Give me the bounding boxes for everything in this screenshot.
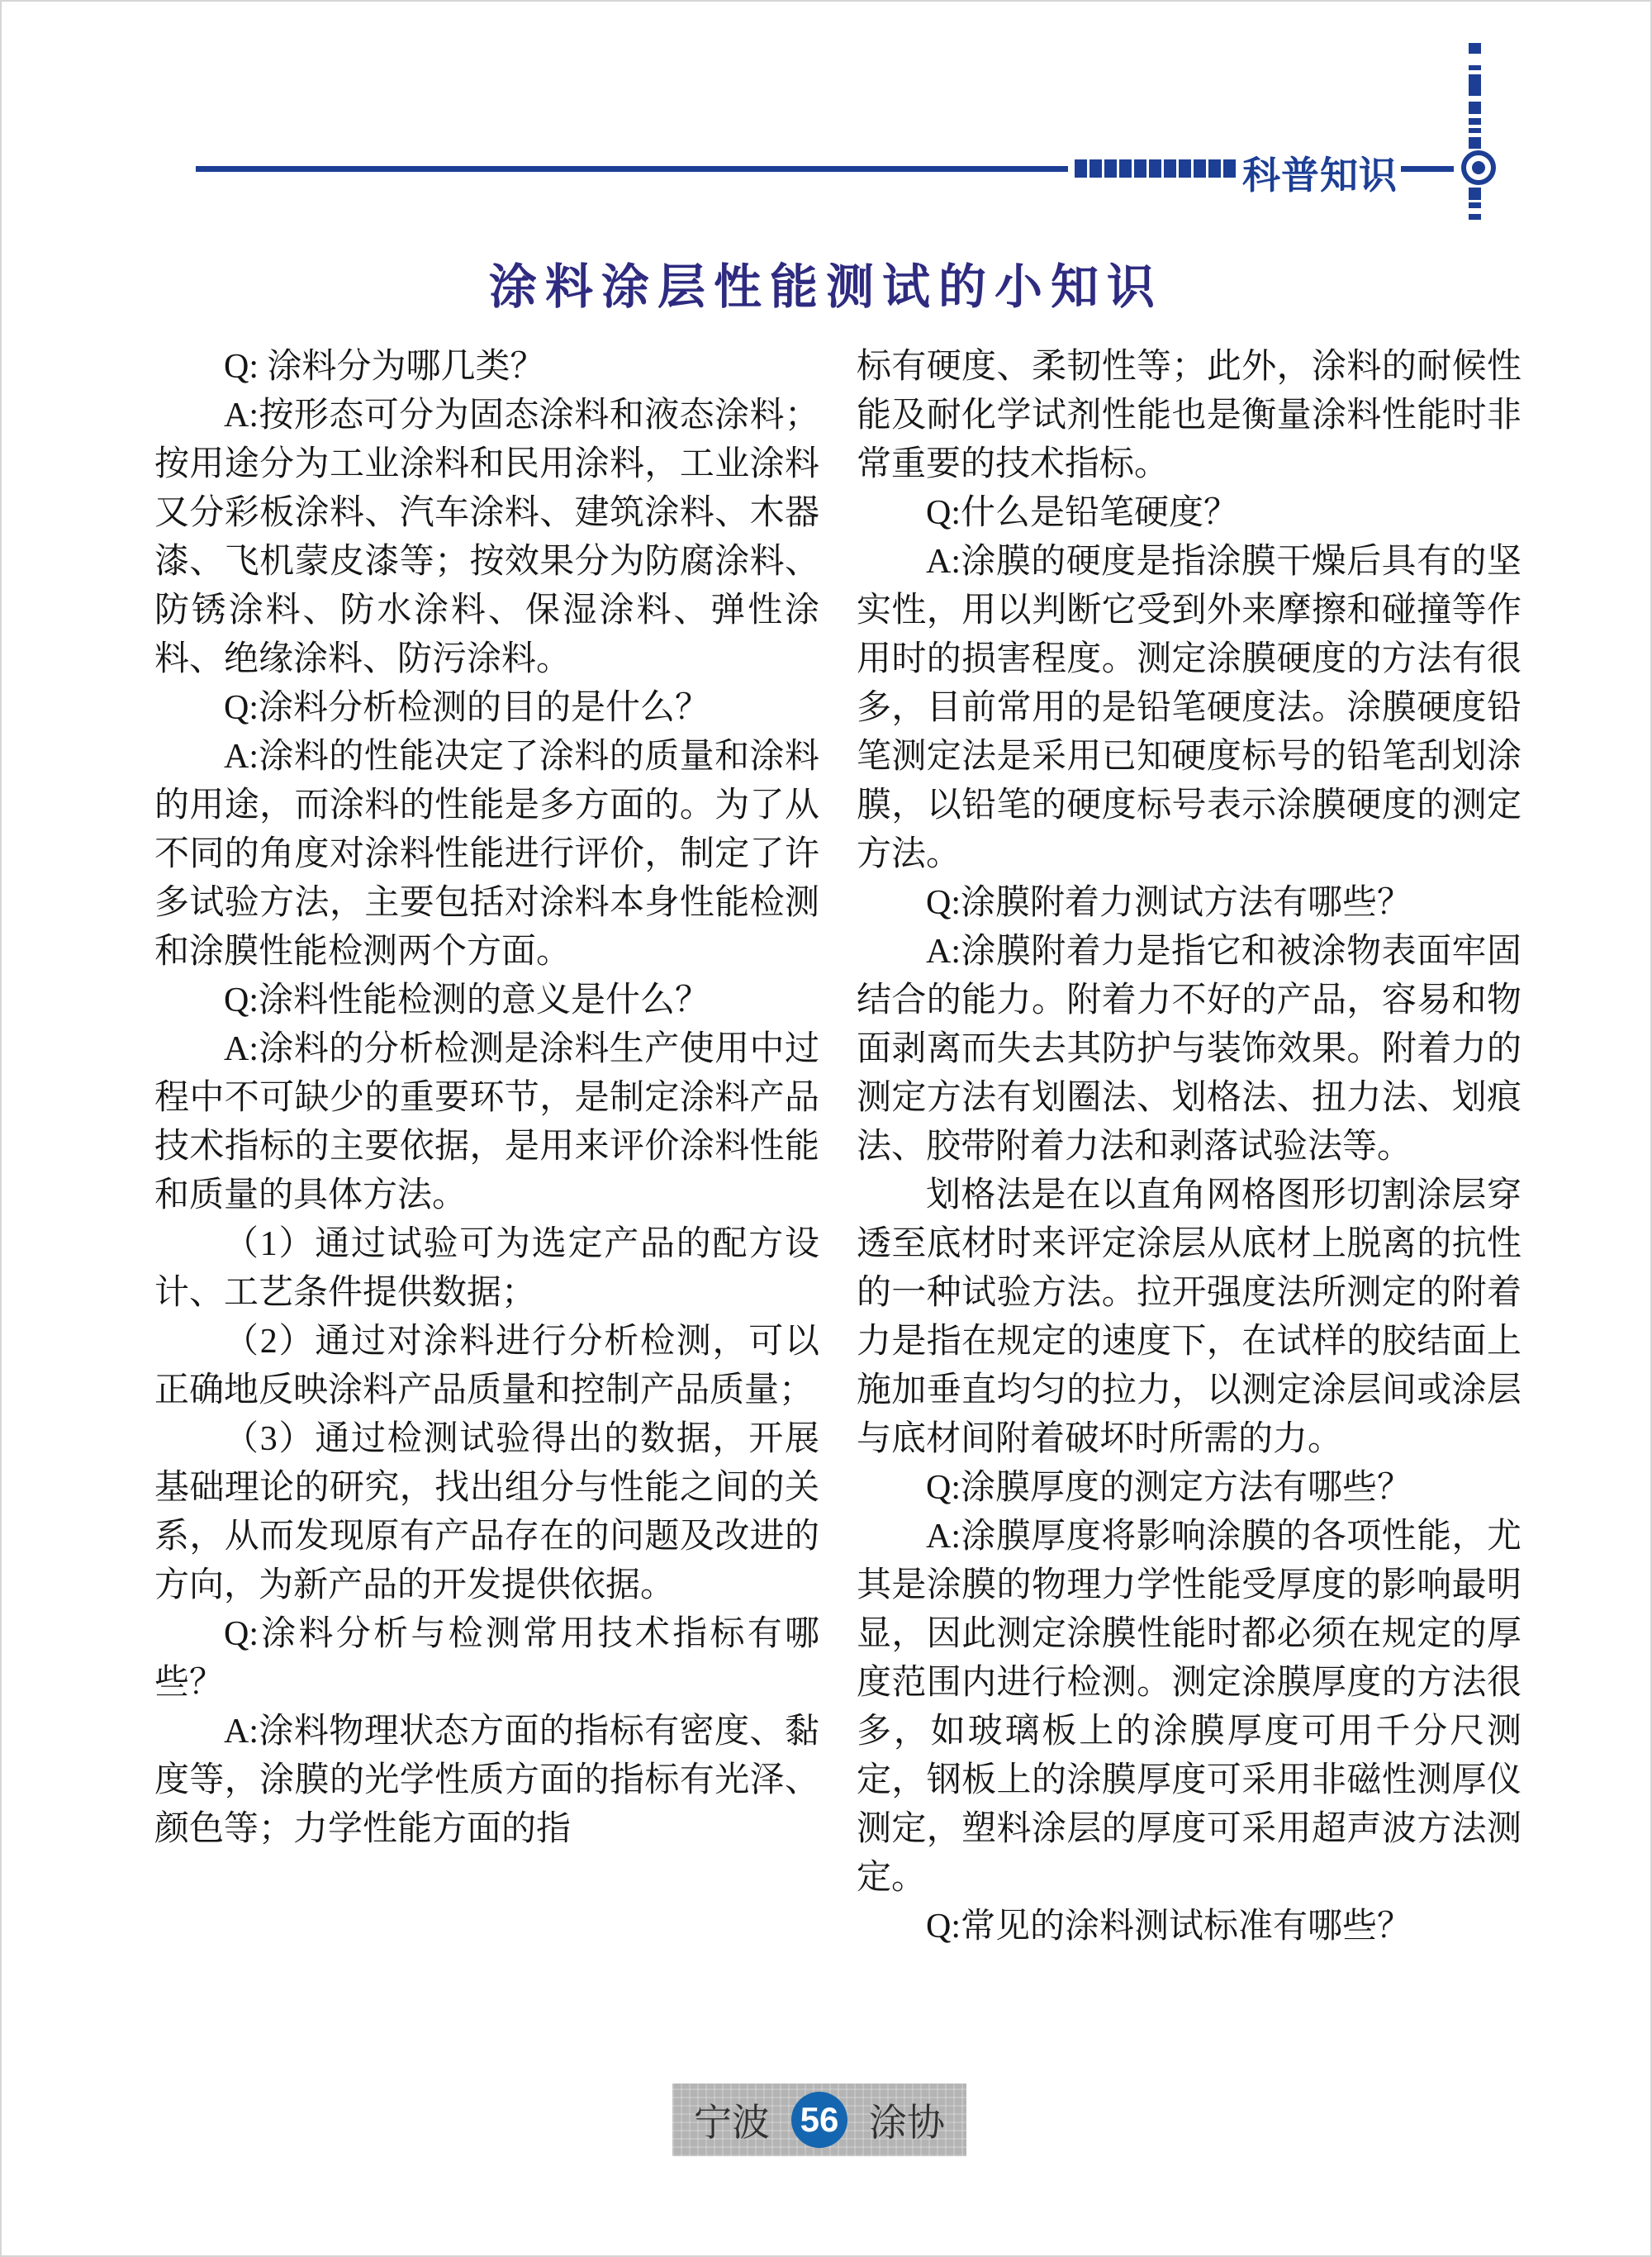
paragraph: Q: 涂料分为哪几类？: [154, 343, 819, 392]
dash-icon: [1089, 159, 1102, 178]
dash-icon: [1194, 159, 1206, 178]
dash-icon: [1104, 159, 1117, 178]
paragraph: A:涂料的分析检测是涂料生产使用中过程中不可缺少的重要环节，是制定涂料产品技术指…: [154, 1025, 819, 1220]
paragraph: Q:涂膜附着力测试方法有哪些？: [857, 879, 1521, 928]
dash-icon: [1208, 159, 1221, 178]
header-rule-right: [1401, 166, 1454, 172]
article: Q: 涂料分为哪几类？ A:按形态可分为固态涂料和液态涂料；按用途分为工业涂料和…: [154, 343, 1521, 1951]
dash-icon: [1075, 159, 1087, 178]
paragraph: Q:涂料分析检测的目的是什么？: [154, 684, 819, 733]
bullseye-icon: [1461, 150, 1496, 185]
paragraph: 划格法是在以直角网格图形切割涂层穿透至底材时来评定涂层从底材上脱离的抗性的一种试…: [857, 1171, 1521, 1464]
dash-icon: [1469, 214, 1481, 220]
paragraph: Q:什么是铅笔硬度？: [857, 489, 1521, 538]
dash-icon: [1469, 202, 1481, 208]
paragraph: Q:涂膜厚度的测定方法有哪些？: [857, 1464, 1521, 1513]
paragraph: A:涂膜附着力是指它和被涂物表面牢固结合的能力。附着力不好的产品，容易和物面剥离…: [857, 928, 1521, 1171]
dash-icon: [1469, 118, 1481, 125]
paragraph: A:涂膜的硬度是指涂膜干燥后具有的坚实性，用以判断它受到外来摩擦和碰撞等作用时的…: [857, 538, 1521, 879]
right-column: 标有硬度、柔韧性等；此外，涂料的耐候性能及耐化学试剂性能也是衡量涂料性能时非常重…: [857, 343, 1521, 1951]
dash-icon: [1223, 159, 1236, 178]
dash-icon: [1469, 137, 1481, 149]
dash-icon: [1179, 159, 1191, 178]
paragraph: Q:涂料分析与检测常用技术指标有哪些？: [154, 1610, 819, 1708]
section-label: 科普知识: [1242, 145, 1398, 200]
footer-banner: 宁波 56 涂协: [672, 2084, 966, 2156]
paragraph: Q:涂料性能检测的意义是什么？: [154, 976, 819, 1025]
page-title: 涂料涂层性能测试的小知识: [2, 248, 1650, 317]
dash-row-icon: [1075, 159, 1236, 178]
dash-icon: [1469, 128, 1481, 133]
paragraph: Q:常见的涂料测试标准有哪些？: [857, 1903, 1521, 1951]
paragraph: A:涂膜厚度将影响涂膜的各项性能，尤其是涂膜的物理力学性能受厚度的影响最明显，因…: [857, 1513, 1521, 1903]
dash-icon: [1149, 159, 1161, 178]
paragraph: A:涂料物理状态方面的指标有密度、黏度等，涂膜的光学性质方面的指标有光泽、颜色等…: [154, 1708, 819, 1854]
dash-icon: [1469, 43, 1481, 54]
dash-icon: [1469, 74, 1481, 96]
left-column: Q: 涂料分为哪几类？ A:按形态可分为固态涂料和液态涂料；按用途分为工业涂料和…: [154, 343, 819, 1951]
dash-icon: [1469, 102, 1481, 114]
dash-icon: [1134, 159, 1146, 178]
magazine-page: 科普知识 涂料涂层性能测试的小知识 Q: 涂料分为哪几类？ A:按形态可分为固态…: [0, 0, 1652, 2257]
header-rule-left: [196, 166, 1068, 172]
dash-icon: [1164, 159, 1176, 178]
paragraph: （1）通过试验可为选定产品的配方设计、工艺条件提供数据；: [154, 1220, 819, 1318]
dash-icon: [1469, 188, 1481, 200]
dash-icon: [1119, 159, 1132, 178]
paragraph: 标有硬度、柔韧性等；此外，涂料的耐候性能及耐化学试剂性能也是衡量涂料性能时非常重…: [857, 343, 1521, 489]
dash-icon: [1469, 65, 1481, 70]
paragraph: A:涂料的性能决定了涂料的质量和涂料的用途，而涂料的性能是多方面的。为了从不同的…: [154, 733, 819, 976]
paragraph: A:按形态可分为固态涂料和液态涂料；按用途分为工业涂料和民用涂料，工业涂料又分彩…: [154, 392, 819, 684]
paragraph: （3）通过检测试验得出的数据，开展基础理论的研究，找出组分与性能之间的关系，从而…: [154, 1415, 819, 1610]
footer-region-label: 宁波: [694, 2093, 770, 2147]
footer-org-label: 涂协: [869, 2093, 945, 2147]
page-number-badge: 56: [791, 2092, 847, 2148]
paragraph: （2）通过对涂料进行分析检测，可以正确地反映涂料产品质量和控制产品质量；: [154, 1318, 819, 1415]
